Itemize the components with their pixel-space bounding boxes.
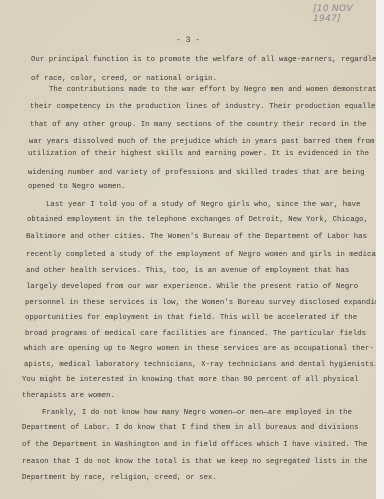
text-line: The contributions made to the war effort…: [49, 86, 384, 94]
text-line: Frankly, I do not know how many Negro wo…: [42, 409, 352, 417]
text-line: war years dissolved much of the prejudic…: [29, 138, 374, 146]
text-line: therapists are women.: [22, 392, 115, 400]
text-line: broad programs of medical care facilitie…: [25, 330, 366, 338]
text-line: utilization of their highest skills and …: [28, 150, 369, 158]
text-line: personnel in these services is low, the …: [25, 299, 384, 307]
document-page: [10 NOV 1947] - 3 - Our principal functi…: [0, 0, 376, 499]
scan-edge: [376, 0, 384, 499]
text-line: largely developed from our war experienc…: [26, 283, 358, 291]
text-line: opportunities for employment in that fie…: [25, 314, 357, 322]
text-line: of race, color, creed, or national origi…: [31, 75, 217, 83]
text-line: reason that I do not know the total is t…: [22, 458, 367, 466]
text-line: their competency in the production lines…: [30, 103, 380, 111]
page-number: - 3 -: [0, 36, 376, 45]
text-line: apists, medical laboratory technicians, …: [24, 361, 378, 369]
text-line: that of any other group. In many section…: [30, 121, 367, 129]
date-annotation: [10 NOV 1947]: [313, 4, 376, 24]
text-line: Our principal function is to promote the…: [31, 56, 384, 64]
text-line: which are opening up to Negro women in t…: [24, 345, 374, 353]
text-line: and other health services. This, too, is…: [26, 267, 349, 275]
text-line: recently completed a study of the employ…: [26, 251, 380, 259]
text-line: Department by race, religion, creed, or …: [22, 474, 217, 482]
text-line: of the Department in Washington and in f…: [22, 441, 367, 449]
text-line: You might be interested in knowing that …: [22, 376, 359, 384]
text-line: obtained employment in the telephone exc…: [27, 216, 368, 224]
text-line: Baltimore and other cities. The Women's …: [26, 233, 367, 241]
text-line: opened to Negro women.: [28, 183, 125, 191]
text-line: Last year I told you of a study of Negro…: [46, 201, 360, 209]
text-line: Department of Labor. I do know that I fi…: [22, 424, 359, 432]
text-line: widening number and variety of professio…: [28, 169, 365, 177]
